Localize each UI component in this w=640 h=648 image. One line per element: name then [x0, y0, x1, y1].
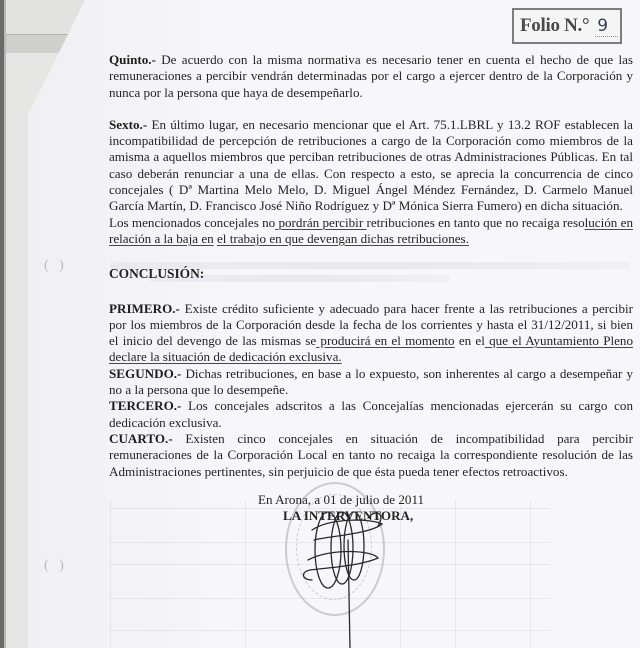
paragraph-text: Existen cinco concejales en situación de…	[109, 431, 633, 479]
punch-hole-mark: ( )	[44, 558, 64, 574]
paragraph-heading: Quinto.-	[109, 52, 156, 67]
paragraph-text: De acuerdo con la misma normativa es nec…	[109, 52, 633, 100]
paragraph-sexto-note: Los mencionados concejales no pordrán pe…	[109, 215, 633, 248]
paragraph-heading: Sexto.-	[109, 117, 147, 132]
folio-label: Folio N.°	[520, 15, 589, 37]
handwritten-underline: producirá en el momento	[316, 333, 454, 348]
text: Los mencionados concejales no	[109, 215, 275, 230]
text: en el	[455, 333, 485, 348]
document-body: Quinto.- De acuerdo con la misma normati…	[109, 52, 633, 480]
paragraph-text: Los concejales adscritos a las Concejalí…	[109, 398, 633, 429]
paragraph-heading: TERCERO.-	[109, 398, 181, 413]
punch-hole-mark: ( )	[44, 258, 64, 274]
folio-stamp: Folio N.° 9	[512, 8, 622, 44]
paragraph-text: Dichas retribuciones, en base a lo expue…	[109, 366, 633, 397]
paragraph-heading: CUARTO.-	[109, 431, 173, 446]
conclusion-heading: CONCLUSIÓN:	[109, 266, 633, 282]
paragraph-cuarto: CUARTO.- Existen cinco concejales en sit…	[109, 431, 633, 480]
paragraph-tercero: TERCERO.- Los concejales adscritos a las…	[109, 398, 633, 431]
handwritten-underline: pordrán percibir	[275, 215, 366, 230]
folio-number: 9	[595, 16, 618, 37]
handwritten-signature	[290, 500, 390, 648]
paragraph-segundo: SEGUNDO.- Dichas retribuciones, en base …	[109, 366, 633, 399]
paragraph-heading: PRIMERO.-	[109, 301, 180, 316]
paragraph-text: En último lugar, en necesario mencionar …	[109, 117, 633, 213]
paragraph-sexto: Sexto.- En último lugar, en necesario me…	[109, 117, 633, 215]
paragraph-heading: SEGUNDO.-	[109, 366, 181, 381]
paragraph-quinto: Quinto.- De acuerdo con la misma normati…	[109, 52, 633, 101]
text: retribuciones en tanto que no recaiga re…	[366, 215, 584, 230]
handwritten-underline: el trabajo en que devengan dichas retrib…	[217, 231, 469, 246]
paragraph-primero: PRIMERO.- Existe crédito suficiente y ad…	[109, 301, 633, 366]
